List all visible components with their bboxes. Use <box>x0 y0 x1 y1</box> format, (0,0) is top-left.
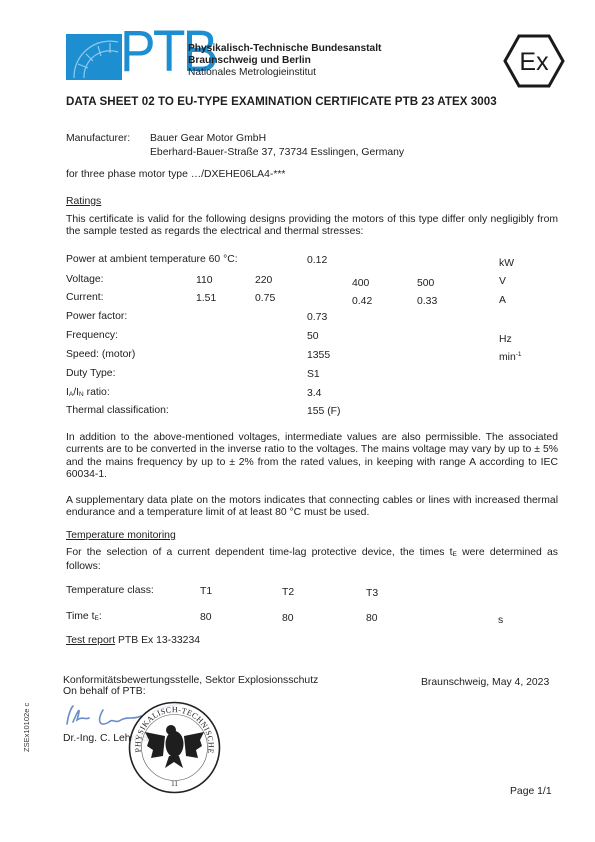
motor-type-line: for three phase motor type …/DXEHE06LA4-… <box>66 169 285 180</box>
on-behalf-label: On behalf of PTB: <box>63 686 146 697</box>
rating-value: 500 <box>417 278 434 289</box>
rating-label: Current: <box>66 292 104 303</box>
time-te-t3: 80 <box>366 613 378 624</box>
time-te-t2: 80 <box>282 613 294 624</box>
rating-unit: Hz <box>499 334 512 345</box>
institute-location: Braunschweig und Berlin <box>188 55 311 66</box>
institute-name: Physikalisch-Technische Bundesanstalt <box>188 43 381 54</box>
rating-value: 1355 <box>307 350 330 361</box>
rating-value: 0.42 <box>352 296 372 307</box>
manufacturer-name: Bauer Gear Motor GmbH <box>150 133 266 144</box>
svg-text:Ex: Ex <box>519 48 549 76</box>
rating-unit: V <box>499 276 506 287</box>
ratings-heading: Ratings <box>66 196 101 207</box>
rating-label: Duty Type: <box>66 368 115 379</box>
rating-value: 0.33 <box>417 296 437 307</box>
rating-unit: kW <box>499 258 514 269</box>
ptb-logo-emblem <box>66 34 122 80</box>
svg-text:11: 11 <box>171 780 178 788</box>
rating-label: IA/IN ratio: <box>66 387 110 398</box>
manufacturer-label: Manufacturer: <box>66 133 130 144</box>
official-seal: PHYSIKALISCH-TECHNISCHE BUNDESANSTALT 11 <box>127 700 222 795</box>
page-title: DATA SHEET 02 TO EU-TYPE EXAMINATION CER… <box>66 95 497 108</box>
place-date: Braunschweig, May 4, 2023 <box>421 677 549 688</box>
rating-value: 3.4 <box>307 388 321 399</box>
rating-unit: A <box>499 295 506 306</box>
temperature-class-label: Temperature class: <box>66 585 154 596</box>
rating-unit: min-1 <box>499 351 522 363</box>
ex-mark-icon: Ex <box>503 33 565 89</box>
rating-value: S1 <box>307 369 320 380</box>
ratings-intro: This certificate is valid for the follow… <box>66 214 558 239</box>
conformity-body: Konformitätsbewertungsstelle, Sektor Exp… <box>63 675 318 686</box>
rating-value: 0.75 <box>255 293 275 304</box>
voltage-tolerance-paragraph: In addition to the above-mentioned volta… <box>66 432 558 482</box>
rating-value: 155 (F) <box>307 406 341 417</box>
rating-label: Power factor: <box>66 311 127 322</box>
temperature-class-t2: T2 <box>282 587 294 598</box>
time-te-unit: s <box>498 615 503 626</box>
time-te-t1: 80 <box>200 612 212 623</box>
time-te-label: Time tE: <box>66 611 102 622</box>
data-plate-paragraph: A supplementary data plate on the motors… <box>66 495 558 520</box>
rating-value: 0.12 <box>307 255 327 266</box>
institute-subtitle: Nationales Metrologieinstitut <box>188 67 316 78</box>
rating-label: Frequency: <box>66 330 118 341</box>
rating-label: Speed: (motor) <box>66 349 135 360</box>
temperature-heading: Temperature monitoring <box>66 530 176 541</box>
rating-label: Thermal classification: <box>66 405 169 416</box>
rating-label: Voltage: <box>66 274 104 285</box>
rating-value: 400 <box>352 278 369 289</box>
page-number: Page 1/1 <box>510 786 552 797</box>
temperature-class-t3: T3 <box>366 588 378 599</box>
temperature-class-t1: T1 <box>200 586 212 597</box>
rating-value: 50 <box>307 331 319 342</box>
rating-value: 1.51 <box>196 293 216 304</box>
manufacturer-address: Eberhard-Bauer-Straße 37, 73734 Esslinge… <box>150 147 404 158</box>
temperature-intro: For the selection of a current dependent… <box>66 547 558 574</box>
test-report: Test report PTB Ex 13-33234 <box>66 635 200 646</box>
document-code: ZSEx10102e c <box>22 703 31 752</box>
rating-value: 110 <box>196 275 213 286</box>
rating-value: 0.73 <box>307 312 327 323</box>
rating-label: Power at ambient temperature 60 °C: <box>66 254 238 265</box>
rating-value: 220 <box>255 275 272 286</box>
